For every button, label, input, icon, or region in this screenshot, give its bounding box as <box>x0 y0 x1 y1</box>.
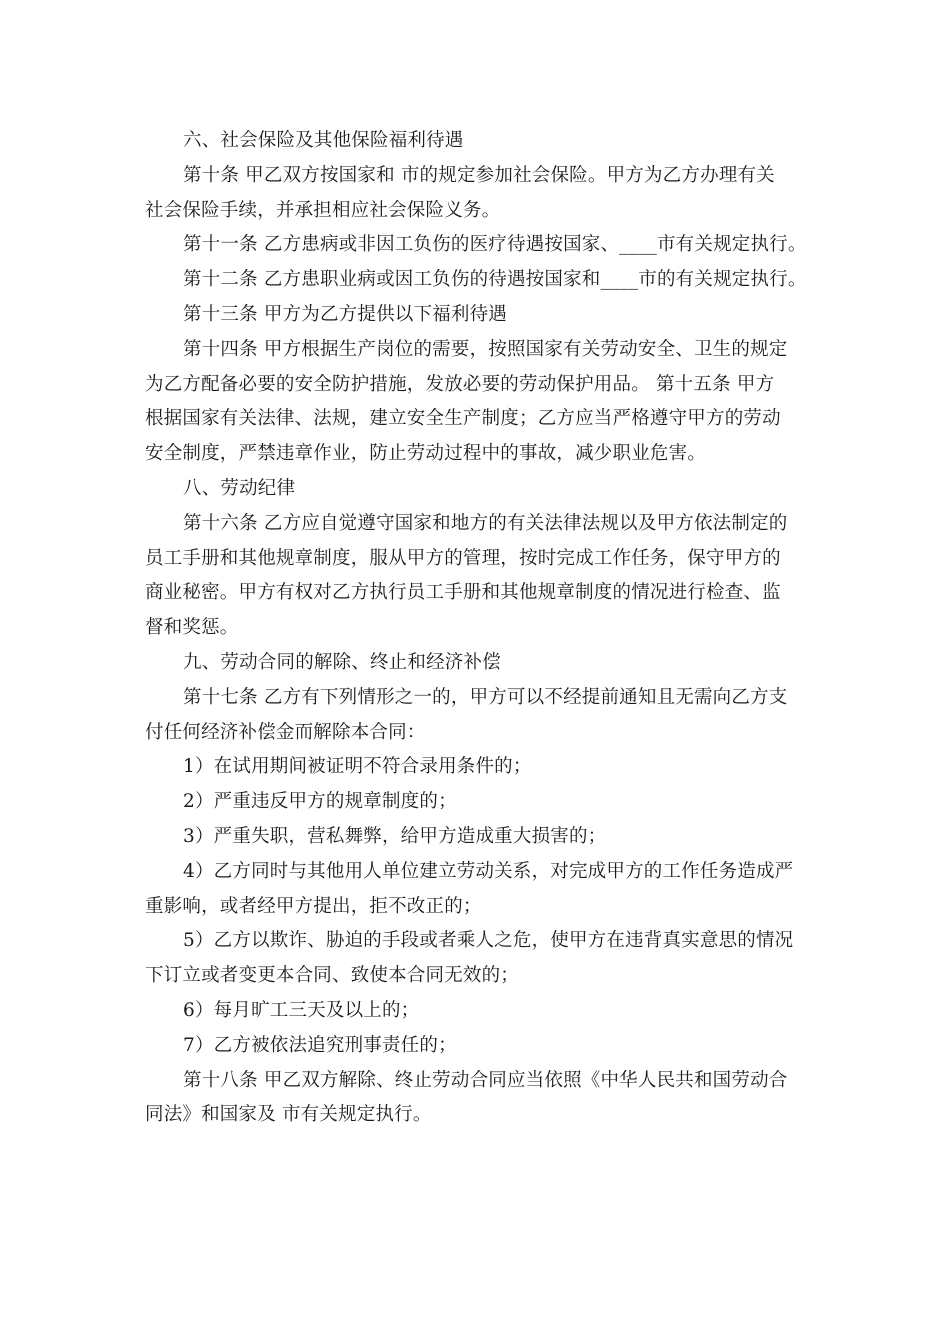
article-17-cont: 付任何经济补偿金而解除本合同： <box>145 716 815 751</box>
section-heading-termination: 九、劳动合同的解除、终止和经济补偿 <box>145 646 815 681</box>
list-item-6: 6）每月旷工三天及以上的； <box>145 994 815 1029</box>
section-heading-social-insurance: 六、社会保险及其他保险福利待遇 <box>145 124 815 159</box>
article-17: 第十七条 乙方有下列情形之一的，甲方可以不经提前通知且无需向乙方支 <box>145 681 815 716</box>
article-13: 第十三条 甲方为乙方提供以下福利待遇 <box>145 298 815 333</box>
section-heading-labor-discipline: 八、劳动纪律 <box>145 472 815 507</box>
article-15-cont: 根据国家有关法律、法规，建立安全生产制度；乙方应当严格遵守甲方的劳动 <box>145 402 815 437</box>
list-item-2: 2）严重违反甲方的规章制度的； <box>145 785 815 820</box>
article-15-cont-2: 安全制度，严禁违章作业，防止劳动过程中的事故，减少职业危害。 <box>145 437 815 472</box>
article-18: 第十八条 甲乙双方解除、终止劳动合同应当依照《中华人民共和国劳动合 <box>145 1064 815 1099</box>
article-10-cont: 社会保险手续，并承担相应社会保险义务。 <box>145 194 815 229</box>
document-page: 六、社会保险及其他保险福利待遇 第十条 甲乙双方按国家和 市的规定参加社会保险。… <box>0 0 950 1344</box>
document-body: 六、社会保险及其他保险福利待遇 第十条 甲乙双方按国家和 市的规定参加社会保险。… <box>145 124 815 1133</box>
list-item-5: 5）乙方以欺诈、胁迫的手段或者乘人之危，使甲方在违背真实意思的情况 <box>145 924 815 959</box>
list-item-4: 4）乙方同时与其他用人单位建立劳动关系，对完成甲方的工作任务造成严 <box>145 855 815 890</box>
article-18-cont: 同法》和国家及 市有关规定执行。 <box>145 1098 815 1133</box>
article-12: 第十二条 乙方患职业病或因工负伤的待遇按国家和____市的有关规定执行。 <box>145 263 815 298</box>
article-16: 第十六条 乙方应自觉遵守国家和地方的有关法律法规以及甲方依法制定的 <box>145 507 815 542</box>
list-item-1: 1）在试用期间被证明不符合录用条件的； <box>145 750 815 785</box>
list-item-4-cont: 重影响，或者经甲方提出，拒不改正的； <box>145 890 815 925</box>
list-item-5-cont: 下订立或者变更本合同、致使本合同无效的； <box>145 959 815 994</box>
article-11: 第十一条 乙方患病或非因工负伤的医疗待遇按国家、____市有关规定执行。 <box>145 228 815 263</box>
article-16-cont-3: 督和奖惩。 <box>145 611 815 646</box>
article-10: 第十条 甲乙双方按国家和 市的规定参加社会保险。甲方为乙方办理有关 <box>145 159 815 194</box>
article-14-15-cont: 为乙方配备必要的安全防护措施，发放必要的劳动保护用品。 第十五条 甲方 <box>145 368 815 403</box>
list-item-3: 3）严重失职，营私舞弊，给甲方造成重大损害的； <box>145 820 815 855</box>
article-16-cont-2: 商业秘密。甲方有权对乙方执行员工手册和其他规章制度的情况进行检查、监 <box>145 576 815 611</box>
article-14: 第十四条 甲方根据生产岗位的需要，按照国家有关劳动安全、卫生的规定 <box>145 333 815 368</box>
list-item-7: 7）乙方被依法追究刑事责任的； <box>145 1029 815 1064</box>
article-16-cont: 员工手册和其他规章制度，服从甲方的管理，按时完成工作任务，保守甲方的 <box>145 542 815 577</box>
